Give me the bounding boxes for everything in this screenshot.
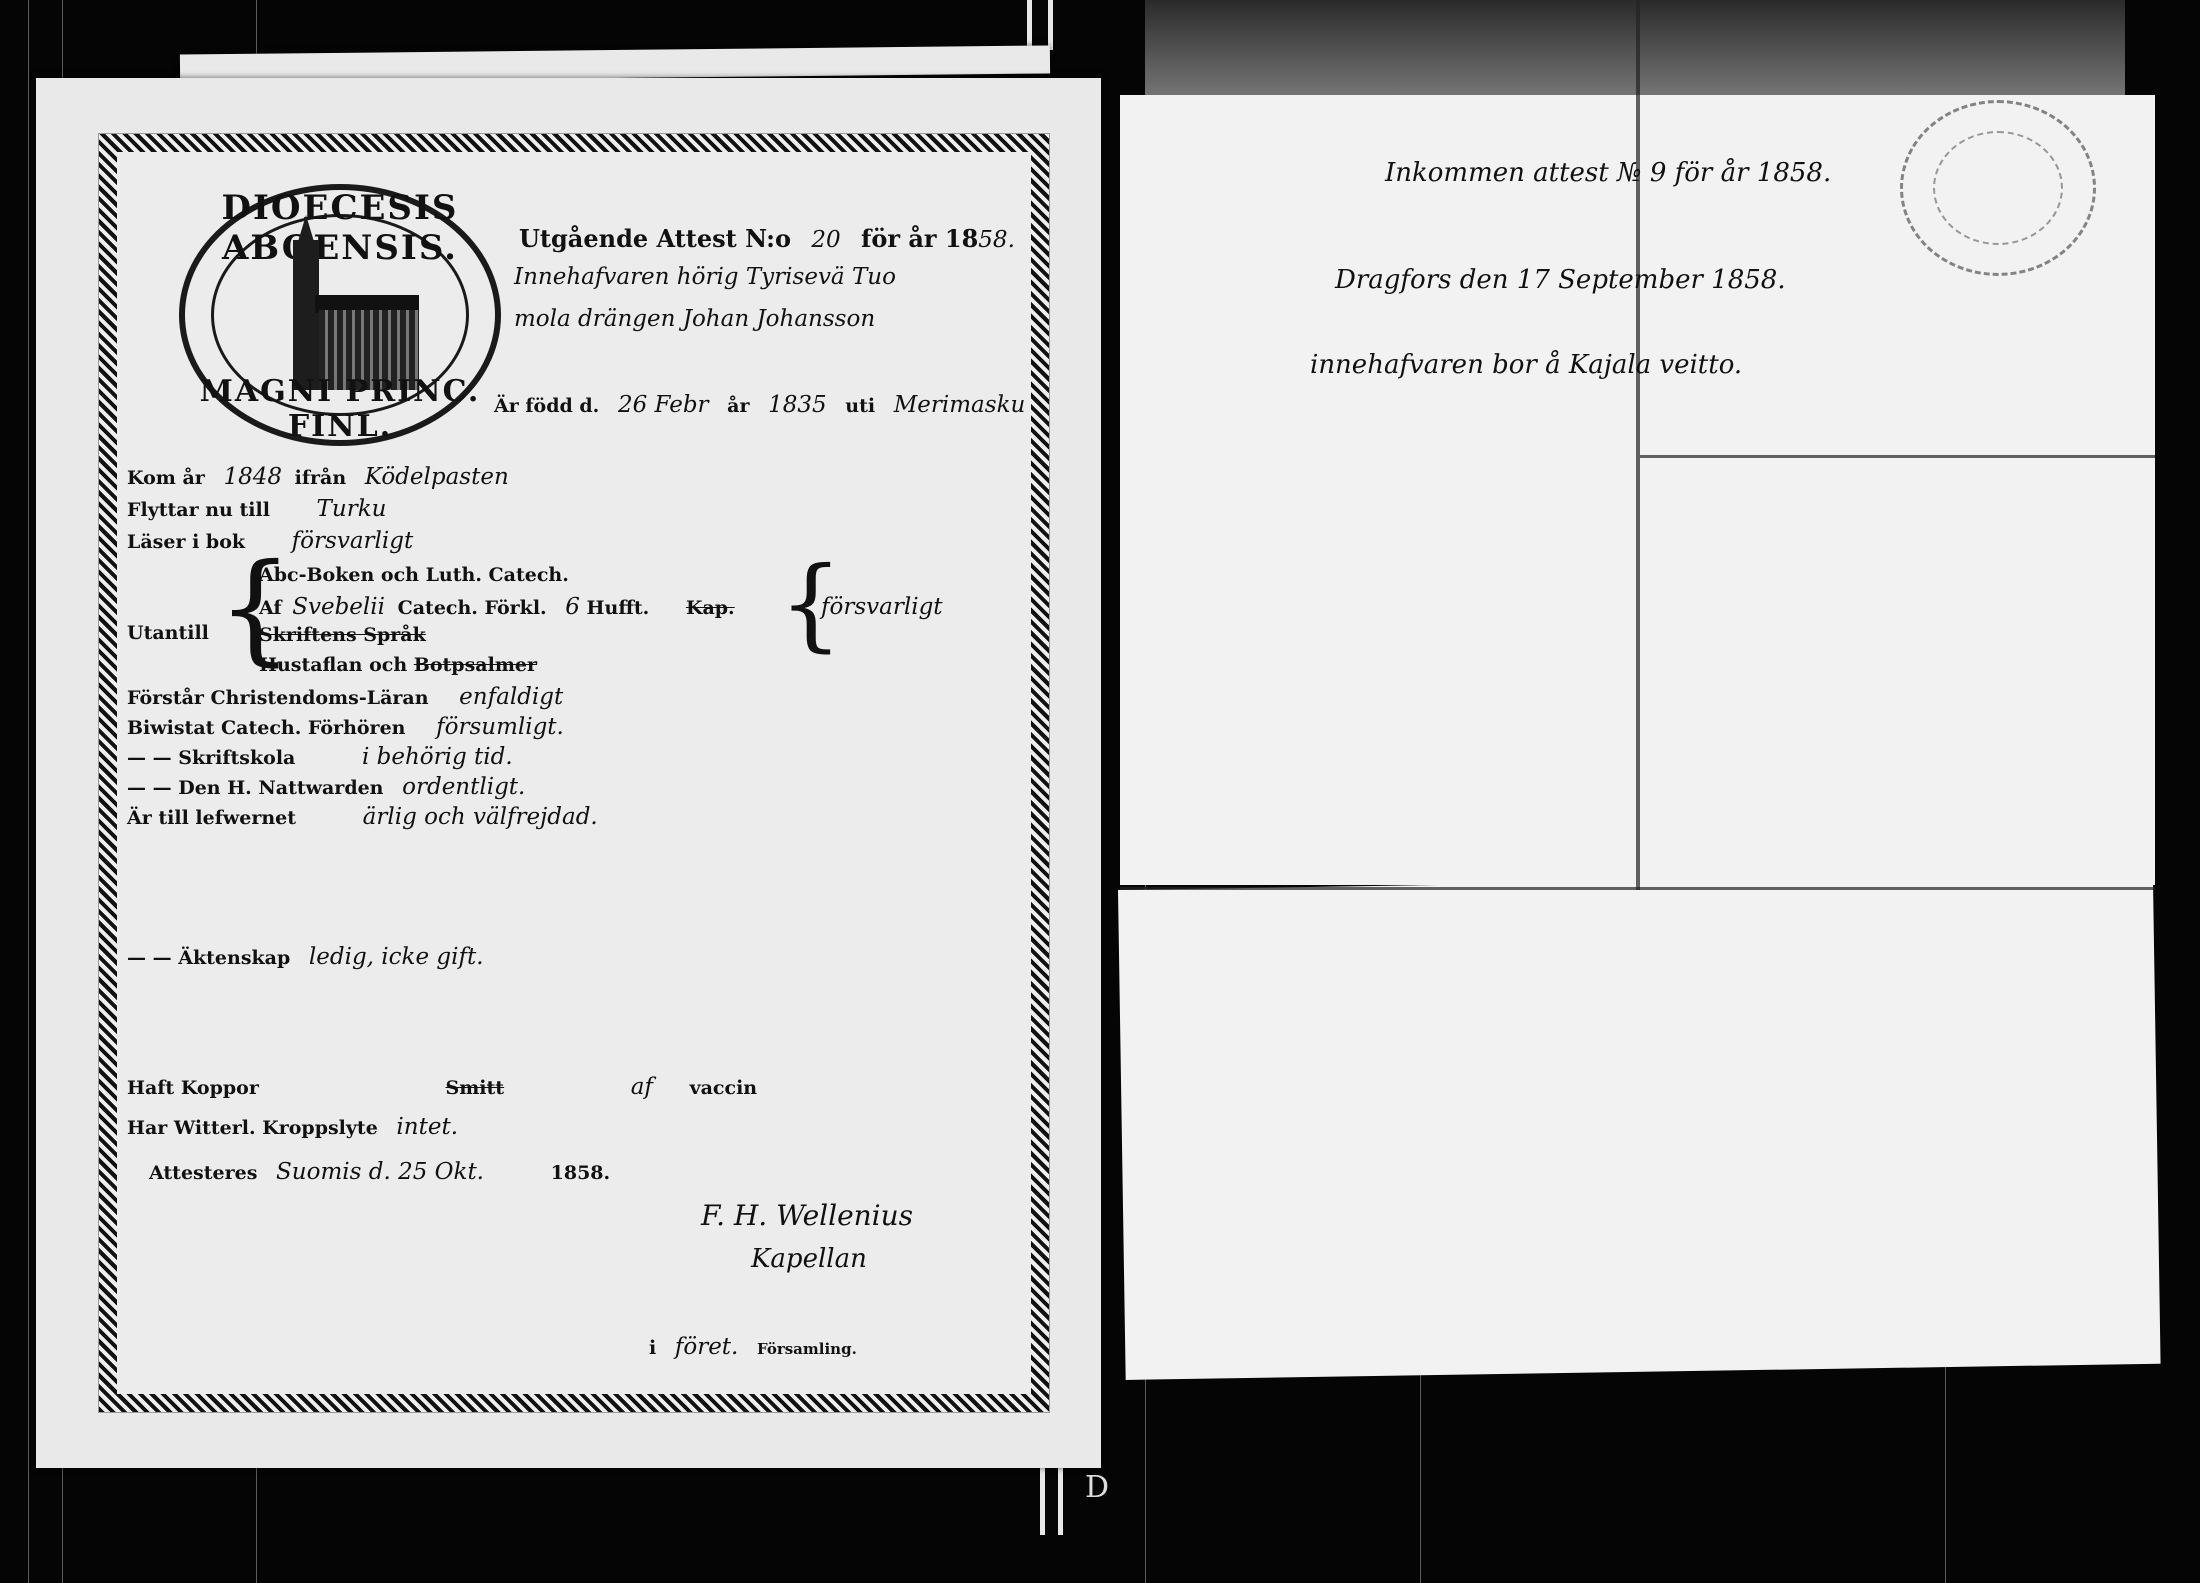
field-contagious-disease: Har Witterl. Kroppslyte intet. bbox=[127, 1114, 458, 1140]
parish-line: i föret. Församling. bbox=[649, 1334, 857, 1360]
cathedral-icon bbox=[275, 240, 425, 390]
field-communion: — — Den H. Nattwarden ordentligt. bbox=[127, 774, 525, 800]
utantill-line-3: Skriftens Språk bbox=[259, 624, 426, 646]
certificate-form: DIOECESIS ABOENSIS. MAGNI PRINC. FINL. U… bbox=[98, 133, 1050, 1413]
field-understands: Förstår Christendoms-Läran enfaldigt bbox=[127, 684, 563, 710]
official-stamp-icon bbox=[1900, 100, 2096, 276]
film-edge-bar bbox=[1027, 0, 1032, 50]
incoming-certificate-number: Inkommen attest № 9 för år 1858. bbox=[1385, 158, 1831, 188]
film-scratch bbox=[28, 0, 29, 1583]
utantill-label: Utantill bbox=[127, 622, 209, 644]
field-moves-to: Flyttar nu till Turku bbox=[127, 496, 386, 522]
fold-line-vertical bbox=[1636, 0, 1640, 890]
incoming-date: Dragfors den 17 September 1858. bbox=[1335, 265, 1786, 295]
attest-line: Attesteres Suomis d. 25 Okt. 1858. bbox=[149, 1159, 610, 1185]
seal-bottom-text: MAGNI PRINC. FINL. bbox=[185, 374, 495, 444]
holder-residence: innehafvaren bor å Kajala veitto. bbox=[1310, 350, 1742, 380]
field-smallpox: Haft Koppor Smitt af vaccin bbox=[127, 1074, 757, 1100]
diocese-seal: DIOECESIS ABOENSIS. MAGNI PRINC. FINL. bbox=[179, 184, 501, 446]
field-conduct: Är till lefwernet ärlig och välfrejdad. bbox=[127, 804, 598, 830]
holder-line-2: mola drängen Johan Johansson bbox=[514, 306, 875, 332]
field-confirmation-school: — — Skriftskola i behörig tid. bbox=[127, 744, 513, 770]
certificate-header: Utgående Attest N:o 20 för år 1858. bbox=[519, 224, 1015, 253]
holder-line-1: Innehafvaren hörig Tyrisevä Tuo bbox=[514, 264, 896, 290]
utantill-line-4: Hustaflan och Botpsalmer bbox=[259, 654, 537, 676]
utantill-line-1: Abc-Boken och Luth. Catech. bbox=[259, 564, 569, 586]
certificate-number: 20 bbox=[811, 227, 840, 253]
field-arrival: Kom år 1848 ifrån Ködelpasten bbox=[127, 464, 509, 490]
utantill-line-2: Af Svebelii Catech. Förkl. 6 Hufft. Kap. bbox=[259, 594, 735, 620]
film-edge-bar bbox=[1048, 0, 1053, 50]
field-marriage: — — Äktenskap ledig, icke gift. bbox=[127, 944, 484, 970]
utantill-result: försvarligt bbox=[809, 594, 943, 620]
fold-line-horizontal bbox=[1120, 887, 2155, 890]
margin-mark: D bbox=[1085, 1470, 1109, 1505]
signature-name: F. H. Wellenius bbox=[689, 1199, 913, 1232]
field-catechism-attendance: Biwistat Catech. Förhören försumligt. bbox=[127, 714, 564, 740]
paper-sheet-back bbox=[180, 45, 1050, 82]
right-page-lower bbox=[1118, 874, 2161, 1380]
signature-title: Kapellan bbox=[739, 1244, 867, 1274]
birth-line: Är född d. 26 Febr år 1835 uti Merimasku bbox=[494, 392, 1025, 418]
fold-line-horizontal bbox=[1640, 455, 2155, 458]
